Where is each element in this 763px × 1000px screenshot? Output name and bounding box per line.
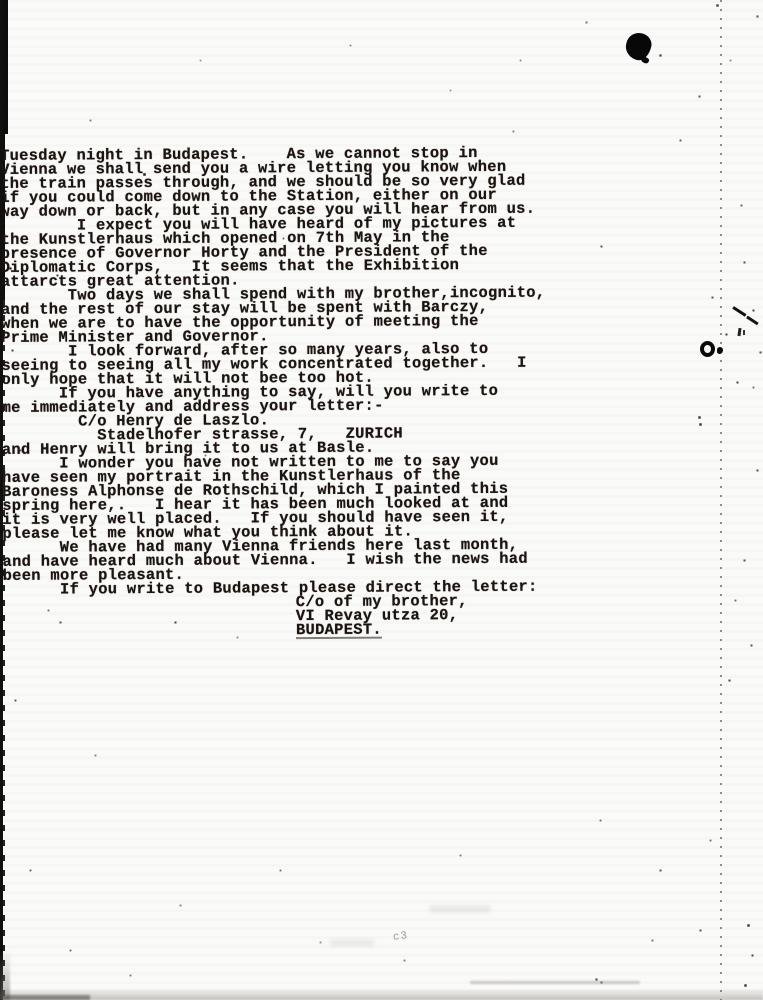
bottom-edge-dark-icon [0,995,90,1000]
address-block: C/o of my brother, VI Revay utza 20, BUD… [296,592,763,639]
paragraph: I expect you will have heard of my pictu… [0,214,763,289]
ink-blot-icon [623,31,653,63]
paragraph: If you have anything to say, will you wr… [1,382,763,457]
noise-specks-icon [0,0,1,1]
scanned-letter-page: Tuesday night in Budapest. As we cannot … [0,0,763,1000]
bottom-smudge-icon [0,988,763,1000]
ink-blot-tail-icon [640,55,650,64]
footer-mark: c3 [392,930,409,944]
city-underlined: BUDAPEST. [296,623,382,640]
paragraph: Tuesday night in Budapest. As we cannot … [0,144,763,219]
smudge-icon [430,905,490,913]
bottom-streak-icon [470,981,640,984]
paragraph: I wonder you have not written to me to s… [2,452,763,583]
paragraph: Two days we shall spend with my brother,… [1,284,763,387]
smudge-icon [330,940,374,946]
letter-body: Tuesday night in Budapest. As we cannot … [0,144,763,641]
address-line-city: BUDAPEST. [296,620,763,639]
